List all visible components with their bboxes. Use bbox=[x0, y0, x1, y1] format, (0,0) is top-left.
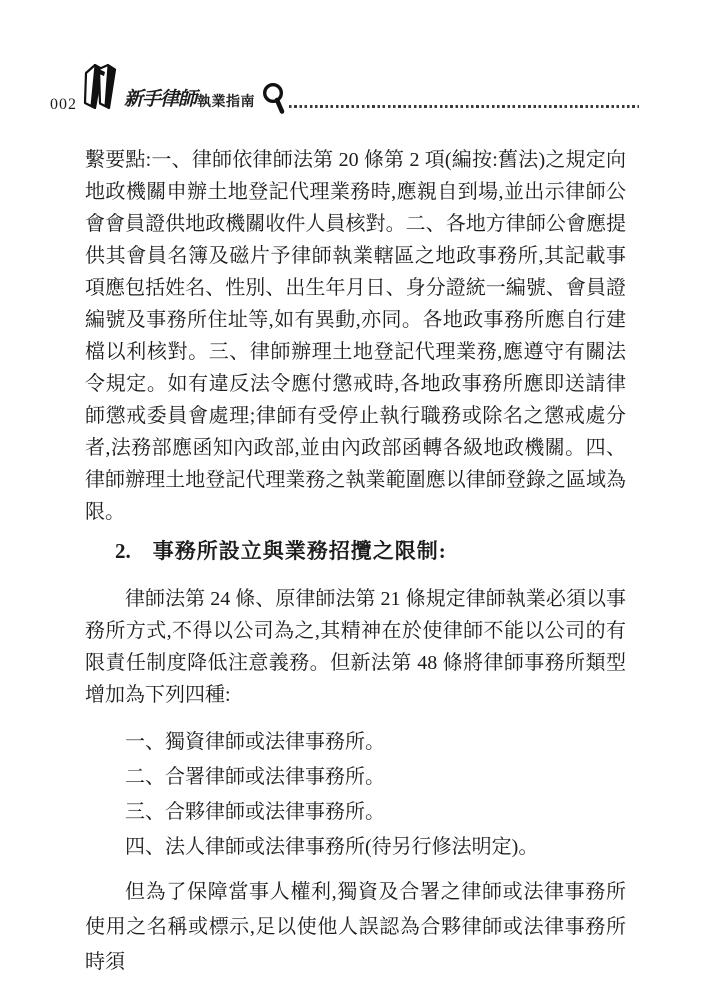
page-body: 繫要點:一、律師依律師法第 20 條第 2 項(編按:舊法)之規定向地政機關申辦… bbox=[85, 144, 626, 980]
section-heading: 2.事務所設立與業務招攬之限制: bbox=[115, 533, 626, 569]
list-item-joint-office: 二、合署律師或法律事務所。 bbox=[125, 760, 626, 795]
section-title: 事務所設立與業務招攬之限制: bbox=[153, 539, 447, 563]
book-title-main: 新手律師 bbox=[124, 90, 196, 109]
books-icon bbox=[81, 60, 119, 112]
paragraph-office-rule: 律師法第 24 條、原律師法第 21 條規定律師執業必須以事務所方式,不得以公司… bbox=[85, 583, 626, 711]
page-header: 002 新手律師 執業指南 bbox=[50, 50, 670, 112]
list-item-sole: 一、獨資律師或法律事務所。 bbox=[125, 725, 626, 760]
magnifier-icon bbox=[261, 82, 287, 115]
list-item-corporate: 四、法人律師或法律事務所(待另行修法明定)。 bbox=[125, 830, 626, 865]
header-dotted-rule bbox=[289, 105, 639, 108]
book-title-sub: 執業指南 bbox=[197, 96, 255, 110]
book-page: 002 新手律師 執業指南 繫要點:一、律師依律師法第 20 條第 bbox=[0, 0, 705, 1000]
list-item-partnership: 三、合夥律師或法律事務所。 bbox=[125, 795, 626, 830]
paragraph-continued: 繫要點:一、律師依律師法第 20 條第 2 項(編按:舊法)之規定向地政機關申辦… bbox=[85, 144, 626, 528]
office-type-list: 一、獨資律師或法律事務所。 二、合署律師或法律事務所。 三、合夥律師或法律事務所… bbox=[85, 725, 626, 865]
paragraph-name-protection: 但為了保障當事人權利,獨資及合署之律師或法律事務所使用之名稱或標示,足以使他人誤… bbox=[85, 875, 626, 980]
page-number: 002 bbox=[50, 97, 77, 113]
section-number: 2. bbox=[115, 533, 131, 569]
